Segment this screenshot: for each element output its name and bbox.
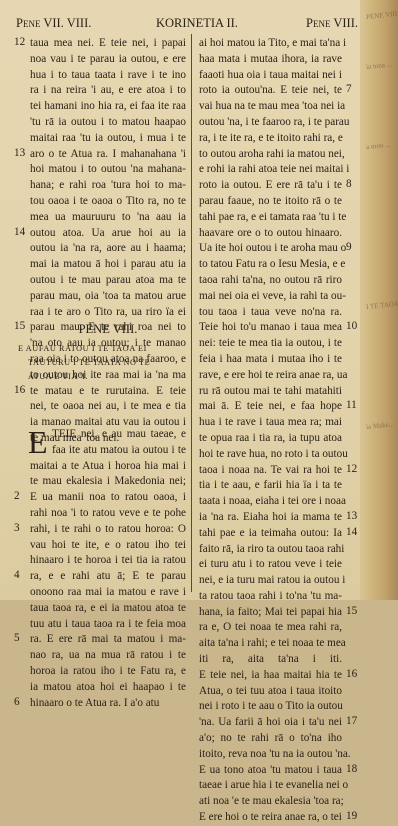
text-line: feia i haa mata i mutaa iho i te bbox=[199, 352, 342, 368]
verse-number: 14 bbox=[346, 526, 357, 538]
text-line: parau mau, oia 'toa ta matou arue bbox=[30, 289, 186, 305]
text-line: E ua manii noa to ratou oaoa, i bbox=[30, 490, 186, 506]
running-header: Pene VII. VIII. KORINETIA II. Pene VIII. bbox=[16, 16, 358, 32]
text-line: mai ā. E teie nei, e faa hope bbox=[199, 399, 342, 415]
text-line: roto ia outou'na. E teie nei, te bbox=[199, 83, 342, 99]
left-column-text: taua mea nei. E teie nei, i papainoa vau… bbox=[30, 36, 186, 447]
verse-number: 16 bbox=[14, 384, 25, 396]
text-line: outou 'na, i te faaroo ra, i te parau bbox=[199, 115, 342, 131]
text-line: mea ua mauruuru to 'na aau ia bbox=[30, 210, 186, 226]
verse-number: 3 bbox=[14, 522, 20, 534]
text-line: e rohi ia rahi atoa teie nei maitai i bbox=[199, 162, 342, 178]
verse-number: 2 bbox=[14, 490, 20, 502]
text-line: faaoti hua oia i taua maitai nei i bbox=[199, 68, 342, 84]
text-line: Teie hoi to'u manao i taua mea bbox=[199, 320, 342, 336]
text-line: 'tu rā ia outou i to matou haapao bbox=[30, 115, 186, 131]
text-line: raa i te aro o Tito ra, ua riro ïa ei bbox=[30, 305, 186, 321]
text-line: tahi pae ra, e ei tamata raa 'tu i te bbox=[199, 210, 342, 226]
text-line: vai hua na te mau mea 'toa nei ia bbox=[199, 99, 342, 115]
text-line: vau hoi te ite, e o ratou iho tei bbox=[30, 538, 186, 554]
verse-number: 10 bbox=[346, 320, 357, 332]
verse-number: 7 bbox=[346, 83, 352, 95]
verse-number: 15 bbox=[14, 320, 25, 332]
column-divider bbox=[191, 34, 192, 592]
text-line: noa vau i te parau ia outou, e ere bbox=[30, 52, 186, 68]
text-line: ra, i te ite ra, e te itoito rahi ra, e bbox=[199, 131, 342, 147]
verse-number: 14 bbox=[14, 226, 25, 238]
text-line: hinaaro i te horoa i tei tia ia ratou bbox=[30, 553, 186, 569]
verse-number: 13 bbox=[346, 510, 357, 522]
chapter-title: PENE VIII. bbox=[30, 322, 186, 337]
text-line: Ua ite hoi outou i te aroha mau o bbox=[199, 241, 342, 257]
text-line: rahi noa 'i to ratou veve e te pohe bbox=[30, 506, 186, 522]
text-line: tou oaoa i te oaoa o Tito ra, no te bbox=[30, 194, 186, 210]
text-line: haavare ore o to outou hinaaro. bbox=[199, 226, 342, 242]
text-line: tia i te aau, e farii hia ïa i ta te bbox=[199, 478, 342, 494]
text-line: tou taoa i taua veve no'na ra. bbox=[199, 305, 342, 321]
text-line: te mau ekalesia i Makedonia nei; bbox=[30, 474, 186, 490]
text-line: tei hamani ino hia ra, ei faa ite raa bbox=[30, 99, 186, 115]
chapter-summary: E AUFAU RATOU I TE TAOA EITAUTURU I TE T… bbox=[18, 342, 186, 384]
verse-number: 12 bbox=[346, 463, 357, 475]
text-line: nei, e ia turu mai ratou ia outou i bbox=[199, 573, 342, 589]
text-line: roto ia outou. E ere rā ta'u i te bbox=[199, 178, 342, 194]
text-line: rahi, i te rahi o to ratou horoa: O bbox=[30, 522, 186, 538]
text-line: aro o te Atua ra. I mahanahana 'i bbox=[30, 147, 186, 163]
text-line: ei turu atu i to ratou veve i teie bbox=[199, 557, 342, 573]
text-line: hua i te rave i taua mea ra; mai bbox=[199, 415, 342, 431]
verse-number: 8 bbox=[346, 178, 352, 190]
text-line: to tatou Fatu ra o Iesu Mesia, e e bbox=[199, 257, 342, 273]
text-line: tahi pae e ia teimaha outou: Ia bbox=[199, 526, 342, 542]
text-line: ra, e e rahi atu ā; E te parau bbox=[30, 569, 186, 585]
verse-number: 11 bbox=[346, 399, 357, 411]
text-line: hua i to taua taata i rave i te ino bbox=[30, 68, 186, 84]
text-line: nei, te oaoa nei au, i te mea e tia bbox=[30, 399, 186, 415]
text-line: hoi matou i to outou 'na mahana- bbox=[30, 162, 186, 178]
text-line: taoa i noaa na. Te vai ra hoi te bbox=[199, 463, 342, 479]
text-line: outou atoa. Ua arue hoi au ia bbox=[30, 226, 186, 242]
book-page: Pene VII. VIII. KORINETIA II. Pene VIII.… bbox=[0, 0, 372, 600]
summary-line: TAUTURU I TE TAATA NO TE bbox=[18, 356, 186, 370]
summary-line: E AUFAU RATOU I TE TAOA EI bbox=[18, 342, 186, 356]
text-line: ia 'na ra. Eiaha hoi ia mama te bbox=[199, 510, 342, 526]
text-line: taoa rahi ta'na, no outou rā riro bbox=[199, 273, 342, 289]
text-line: nei: teie te mea tia ia outou, i te bbox=[199, 336, 342, 352]
right-column-text: ai hoi matou ia Tito, e mai ta'na ihaa m… bbox=[199, 36, 342, 600]
chapter-body-text: TEIE nei, e au mau taeae, efaa ite atu m… bbox=[30, 427, 186, 600]
text-line: maitai a te Atua i horoa hia mai i bbox=[30, 459, 186, 475]
verse-number: 4 bbox=[14, 569, 20, 581]
verse-number: 9 bbox=[346, 241, 352, 253]
text-line: taata i noaa, eiaha i tei ore i noaa bbox=[199, 494, 342, 510]
text-line: hana; e rahi roa 'tura hoi to ma- bbox=[30, 178, 186, 194]
text-line: outou i te mau parau atoa ma te bbox=[30, 273, 186, 289]
text-line: outou ia 'na ra, aore au i haama; bbox=[30, 241, 186, 257]
text-line: maitai raa 'tu ia outou, i mua i te bbox=[30, 131, 186, 147]
header-chapter-right: Pene VIII. bbox=[306, 16, 358, 31]
header-book-title: KORINETIA II. bbox=[156, 16, 238, 31]
text-line: ai hoi matou ia Tito, e mai ta'na i bbox=[199, 36, 342, 52]
verse-number: 12 bbox=[14, 36, 25, 48]
text-line: to outou aroha rahi ia matou nei, bbox=[199, 147, 342, 163]
text-line: mai nei oia ei veve, ia rahi ta ou- bbox=[199, 289, 342, 305]
text-line: hoi te rave hua, no roto i ta outou bbox=[199, 447, 342, 463]
text-line: TEIE nei, e au mau taeae, e bbox=[30, 427, 186, 443]
header-chapter-left: Pene VII. VIII. bbox=[16, 16, 91, 31]
text-line: rave, e ere hoi te reira anae ra, ua bbox=[199, 368, 342, 384]
next-page-edge: PENE VIII. ia tona ... a mou ... I TE TA… bbox=[360, 0, 398, 600]
text-line: te matau e te rurutaina. E teie bbox=[30, 384, 186, 400]
text-line: onoono raa mai ia matou e rave i bbox=[30, 585, 186, 600]
text-line: te opua raa i tia ra, ia tupu atoa bbox=[199, 431, 342, 447]
text-line: taua mea nei. E teie nei, i papai bbox=[30, 36, 186, 52]
text-line: ra i na reira 'i au, e ere atoa i to bbox=[30, 83, 186, 99]
text-line: parau faaue, no te itoito rā o te bbox=[199, 194, 342, 210]
text-line: ta ratou taoa rahi i to'na 'tu ma- bbox=[199, 589, 342, 600]
verse-number: 13 bbox=[14, 147, 25, 159]
text-line: faito rā, ia riro ta outou taoa rahi bbox=[199, 542, 342, 558]
text-line: haa mata i mutaa ihora, ia rave bbox=[199, 52, 342, 68]
summary-line: ATUA E TIA 'I. bbox=[18, 370, 186, 384]
text-line: ru rā outou mai te tahi matahiti bbox=[199, 384, 342, 400]
text-line: faa ite atu matou ia outou i te bbox=[30, 443, 186, 459]
text-line: mai ia matou ā hoi i parau atu ia bbox=[30, 257, 186, 273]
